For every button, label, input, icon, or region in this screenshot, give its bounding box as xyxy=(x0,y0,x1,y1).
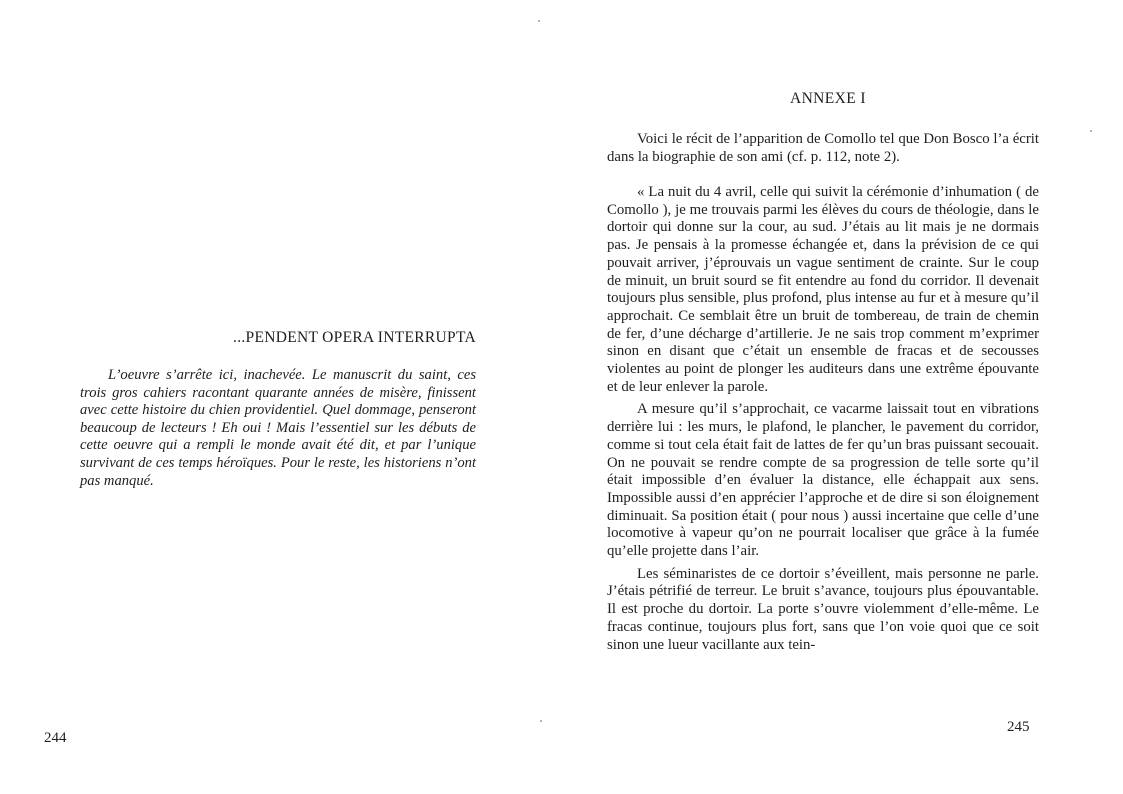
annexe-intro: Voici le récit de l’apparition de Comoll… xyxy=(607,131,1039,166)
right-page: ANNEXE I Voici le récit de l’apparition … xyxy=(560,0,1123,794)
annexe-body: « La nuit du 4 avril, celle qui suivit l… xyxy=(607,184,1039,654)
page-number-right: 245 xyxy=(1007,719,1030,736)
page-number-left: 244 xyxy=(44,730,67,747)
chapter-title: ...PENDENT OPERA INTERRUPTA xyxy=(218,329,476,347)
scan-speck xyxy=(1090,130,1092,132)
closing-note-paragraph: L’oeuvre s’arrête ici, inachevée. Le man… xyxy=(80,367,476,490)
scan-speck xyxy=(540,720,542,722)
body-paragraph: A mesure qu’il s’approchait, ce vacarme … xyxy=(607,401,1039,560)
scan-speck xyxy=(538,20,540,22)
intro-paragraph: Voici le récit de l’apparition de Comoll… xyxy=(607,131,1039,166)
closing-note: L’oeuvre s’arrête ici, inachevée. Le man… xyxy=(80,367,476,490)
body-paragraph: Les séminaristes de ce dortoir s’éveille… xyxy=(607,566,1039,655)
annexe-title: ANNEXE I xyxy=(790,90,866,108)
body-paragraph: « La nuit du 4 avril, celle qui suivit l… xyxy=(607,184,1039,396)
left-page: ...PENDENT OPERA INTERRUPTA L’oeuvre s’a… xyxy=(0,0,560,794)
